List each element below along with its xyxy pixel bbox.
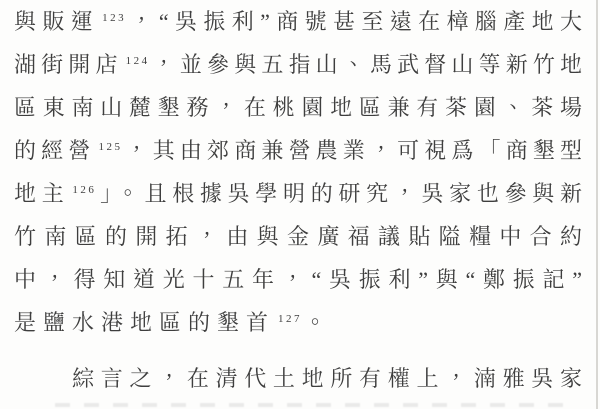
text-line: 湖街開店124，並參與五指山、馬武督山等新竹地 <box>14 45 586 88</box>
text-run: 竹南區的開拓，由與金廣福議貼隘糧中合約 <box>14 224 586 249</box>
text-line: 地主126」。且根據吳學明的研究，吳家也參與新 <box>14 174 586 217</box>
text-line: 綜言之，在清代土地所有權上，湳雅吳家 <box>14 359 586 402</box>
document-page-text: 與販運123，“吳振利”商號甚至遠在樟腦產地大湖街開店124，並參與五指山、馬武… <box>14 2 586 402</box>
text-run: ，並參與五指山、馬武督山等新竹地 <box>152 52 586 77</box>
text-run: 與販運 <box>14 9 99 34</box>
text-line: 區東南山麓墾務，在桃園地區兼有茶園、茶場 <box>14 88 586 131</box>
footnote-ref: 124 <box>126 55 150 67</box>
paragraph: 綜言之，在清代土地所有權上，湳雅吳家 <box>14 359 586 402</box>
text-run: 」。且根據吳學明的研究，吳家也參與新 <box>98 181 586 206</box>
text-run: ，其由郊商兼營農業，可視爲「商墾型 <box>124 138 586 163</box>
text-line: 中，得知道光十五年，“吳振利”與“鄭振記” <box>14 260 586 303</box>
footnote-ref: 126 <box>72 184 96 196</box>
page-edge-line <box>596 0 598 409</box>
text-run: 是鹽水港地區的墾首 <box>14 310 275 335</box>
footnote-ref: 127 <box>278 313 302 325</box>
text-run: 。 <box>304 310 333 335</box>
text-run: 中，得知道光十五年，“吳振利”與“鄭振記” <box>14 267 586 292</box>
paragraph: 與販運123，“吳振利”商號甚至遠在樟腦產地大湖街開店124，並參與五指山、馬武… <box>14 2 586 346</box>
text-line: 與販運123，“吳振利”商號甚至遠在樟腦產地大 <box>14 2 586 45</box>
text-line: 的經營125，其由郊商兼營農業，可視爲「商墾型 <box>14 131 586 174</box>
text-run: ，“吳振利”商號甚至遠在樟腦產地大 <box>128 9 586 34</box>
text-run: 湖街開店 <box>14 52 123 77</box>
text-line: 竹南區的開拓，由與金廣福議貼隘糧中合約 <box>14 217 586 260</box>
text-run: 的經營 <box>14 138 95 163</box>
text-run: 區東南山麓墾務，在桃園地區兼有茶園、茶場 <box>14 95 586 120</box>
text-run: 綜言之，在清代土地所有權上，湳雅吳家 <box>72 366 586 391</box>
text-run: 地主 <box>14 181 69 206</box>
text-line: 是鹽水港地區的墾首127。 <box>14 303 586 346</box>
footnote-ref: 125 <box>98 141 122 153</box>
footnote-ref: 123 <box>102 12 126 24</box>
next-line-crop-artifact <box>55 403 575 407</box>
document-page: 與販運123，“吳振利”商號甚至遠在樟腦產地大湖街開店124，並參與五指山、馬武… <box>0 0 600 409</box>
